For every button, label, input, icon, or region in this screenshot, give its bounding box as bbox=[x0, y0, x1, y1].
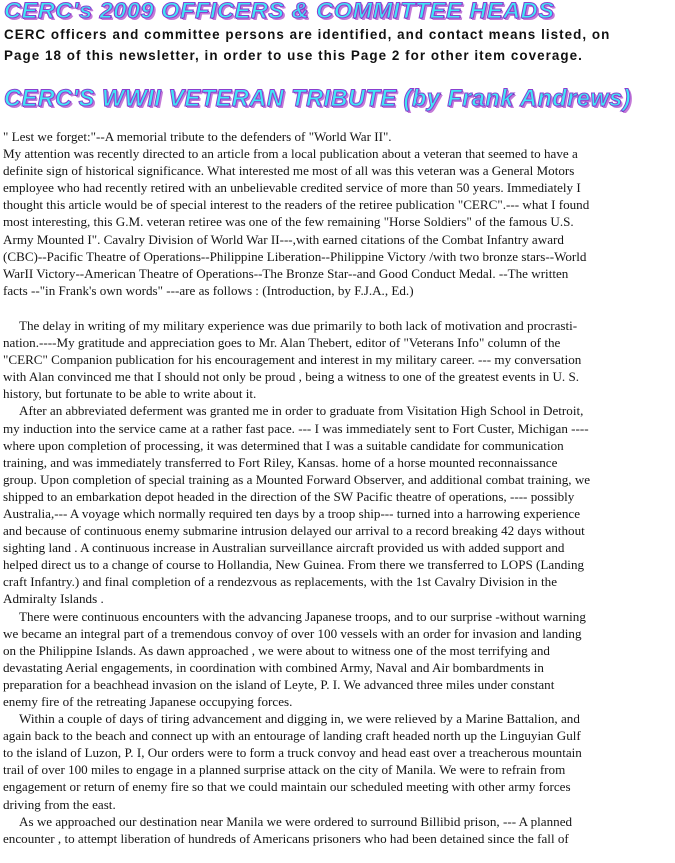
text-line: There were continuous encounters with th… bbox=[3, 608, 673, 625]
text-line: employee who had recently retired with a… bbox=[3, 179, 673, 196]
text-line: nation.----My gratitude and appreciation… bbox=[3, 334, 673, 351]
text-line: "CERC" Companion publication for his enc… bbox=[3, 351, 673, 368]
text-line: we became an integral part of a tremendo… bbox=[3, 625, 673, 642]
text-line: craft Infantry.) and final completion of… bbox=[3, 573, 673, 590]
body-paragraph-3: There were continuous encounters with th… bbox=[3, 608, 673, 711]
body-paragraph-1: The delay in writing of my military expe… bbox=[3, 317, 673, 402]
text-line: thought this article would be of special… bbox=[3, 196, 673, 213]
text-line: " Lest we forget:"--A memorial tribute t… bbox=[3, 128, 673, 145]
text-line: My attention was recently directed to an… bbox=[3, 145, 673, 162]
paragraph-spacer bbox=[3, 299, 673, 317]
text-line: enemy fire of the retreating Japanese oc… bbox=[3, 693, 673, 710]
text-line: again back to the beach and connect up w… bbox=[3, 727, 673, 744]
notice-line: Page 18 of this newsletter, in order to … bbox=[4, 45, 674, 66]
notice-line: CERC officers and committee persons are … bbox=[4, 24, 674, 45]
text-line: sighting land . A continuous increase in… bbox=[3, 539, 673, 556]
tribute-heading: CERC'S WWII VETERAN TRIBUTE (by Frank An… bbox=[4, 87, 631, 111]
text-line: The delay in writing of my military expe… bbox=[3, 317, 673, 334]
text-line: history, but fortunate to be able to wri… bbox=[3, 385, 673, 402]
text-line: facts --"in Frank's own words" ---are as… bbox=[3, 282, 673, 299]
text-line: preparation for a beachhead invasion on … bbox=[3, 676, 673, 693]
body-paragraph-2: After an abbreviated deferment was grant… bbox=[3, 402, 673, 607]
text-line: and because of continuous enemy submarin… bbox=[3, 522, 673, 539]
text-line: training, and was immediately transferre… bbox=[3, 454, 673, 471]
text-line: with Alan convinced me that I should not… bbox=[3, 368, 673, 385]
text-line: where upon completion of processing, it … bbox=[3, 437, 673, 454]
body-paragraph-5: As we approached our destination near Ma… bbox=[3, 813, 673, 847]
text-line: devastating Aerial engagements, in coord… bbox=[3, 659, 673, 676]
text-line: trail of over 100 miles to engage in a p… bbox=[3, 761, 673, 778]
text-line: my induction into the service came at a … bbox=[3, 420, 673, 437]
text-line: to the island of Luzon, P. I, Our orders… bbox=[3, 744, 673, 761]
text-line: engagement or return of enemy fire so th… bbox=[3, 778, 673, 795]
text-line: encounter , to attempt liberation of hun… bbox=[3, 830, 673, 847]
officers-notice: CERC officers and committee persons are … bbox=[4, 24, 674, 66]
text-line: driving from the east. bbox=[3, 796, 673, 813]
text-line: Admiralty Islands . bbox=[3, 590, 673, 607]
text-line: WarII Victory--American Theatre of Opera… bbox=[3, 265, 673, 282]
text-line: helped direct us to a change of course t… bbox=[3, 556, 673, 573]
body-paragraph-4: Within a couple of days of tiring advanc… bbox=[3, 710, 673, 813]
text-line: As we approached our destination near Ma… bbox=[3, 813, 673, 830]
text-line: (CBC)--Pacific Theatre of Operations--Ph… bbox=[3, 248, 673, 265]
officers-heading: CERC's 2009 OFFICERS & COMMITTEE HEADS bbox=[4, 0, 554, 22]
tribute-article: " Lest we forget:"--A memorial tribute t… bbox=[3, 128, 673, 847]
text-line: group. Upon completion of special traini… bbox=[3, 471, 673, 488]
intro-paragraph: " Lest we forget:"--A memorial tribute t… bbox=[3, 128, 673, 299]
text-line: shipped to an embarkation depot headed i… bbox=[3, 488, 673, 505]
text-line: Within a couple of days of tiring advanc… bbox=[3, 710, 673, 727]
text-line: definite sign of historical significance… bbox=[3, 162, 673, 179]
text-line: on the Philippine Islands. As dawn appro… bbox=[3, 642, 673, 659]
text-line: most interesting, this G.M. veteran reti… bbox=[3, 213, 673, 230]
text-line: After an abbreviated deferment was grant… bbox=[3, 402, 673, 419]
text-line: Army Mounted I". Cavalry Division of Wor… bbox=[3, 231, 673, 248]
text-line: Australia,--- A voyage which normally re… bbox=[3, 505, 673, 522]
